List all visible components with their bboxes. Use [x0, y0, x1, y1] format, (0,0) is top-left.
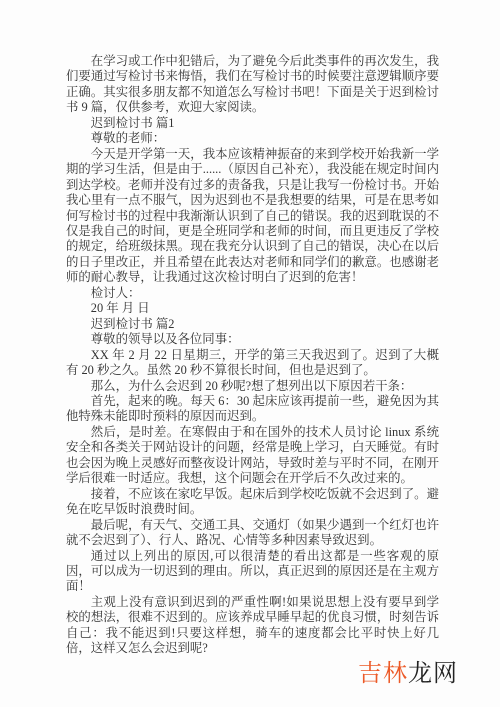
- paragraph: 迟到检讨书 篇2: [66, 317, 439, 332]
- paragraph: 主观上没有意识到迟到的严重性啊!如果说思想上没有要早到学校的想法，很难不迟到的。…: [66, 595, 439, 657]
- document-page: 在学习或工作中犯错后，为了避免今后此类事件的再次发生，我们要通过写检讨书来悔悟，…: [0, 0, 500, 707]
- paragraph: 今天是开学第一天，我本应该精神振奋的来到学校开始我新一学期的学习生活，但是由于.…: [66, 147, 439, 286]
- paragraph: 尊敬的领导以及各位同事：: [66, 332, 439, 347]
- site-watermark: 吉林龙网: [358, 653, 458, 688]
- watermark-prefix: 吉林: [358, 660, 408, 687]
- paragraph: 迟到检讨书 篇1: [66, 116, 439, 131]
- paragraph: 然后，是时差。在寒假由于和在国外的技术人员讨论 linux 系统安全和各类关于网…: [66, 425, 439, 487]
- paragraph: 接着，不应该在家吃早饭。起床后到学校吃饭就不会迟到了。避免在吃早饭时浪费时间。: [66, 487, 439, 518]
- paragraph: 20 年 月 日: [66, 301, 439, 316]
- document-body: 在学习或工作中犯错后，为了避免今后此类事件的再次发生，我们要通过写检讨书来悔悟，…: [66, 54, 439, 657]
- paragraph: 通过以上列出的原因,可以很清楚的看出这都是一些客观的原因，可以成为一切迟到的理由…: [66, 549, 439, 595]
- paragraph: 尊敬的老师：: [66, 131, 439, 146]
- watermark-suffix: 龙网: [408, 660, 458, 687]
- paragraph: 检讨人：: [66, 286, 439, 301]
- paragraph: 那么，为什么会迟到 20 秒呢?想了想列出以下原因若干条：: [66, 379, 439, 394]
- paragraph: 在学习或工作中犯错后，为了避免今后此类事件的再次发生，我们要通过写检讨书来悔悟，…: [66, 54, 439, 116]
- paragraph: XX 年 2 月 22 日星期三，开学的第三天我迟到了。迟到了大概有 20 秒之…: [66, 348, 439, 379]
- paragraph: 首先，起来的晚。每天 6：30 起床应该再提前一些，避免因为其他特殊未能即时预料…: [66, 394, 439, 425]
- paragraph: 最后呢，有天气、交通工具、交通灯（如果少遇到一个红灯也许就不会迟到了）、行人、路…: [66, 518, 439, 549]
